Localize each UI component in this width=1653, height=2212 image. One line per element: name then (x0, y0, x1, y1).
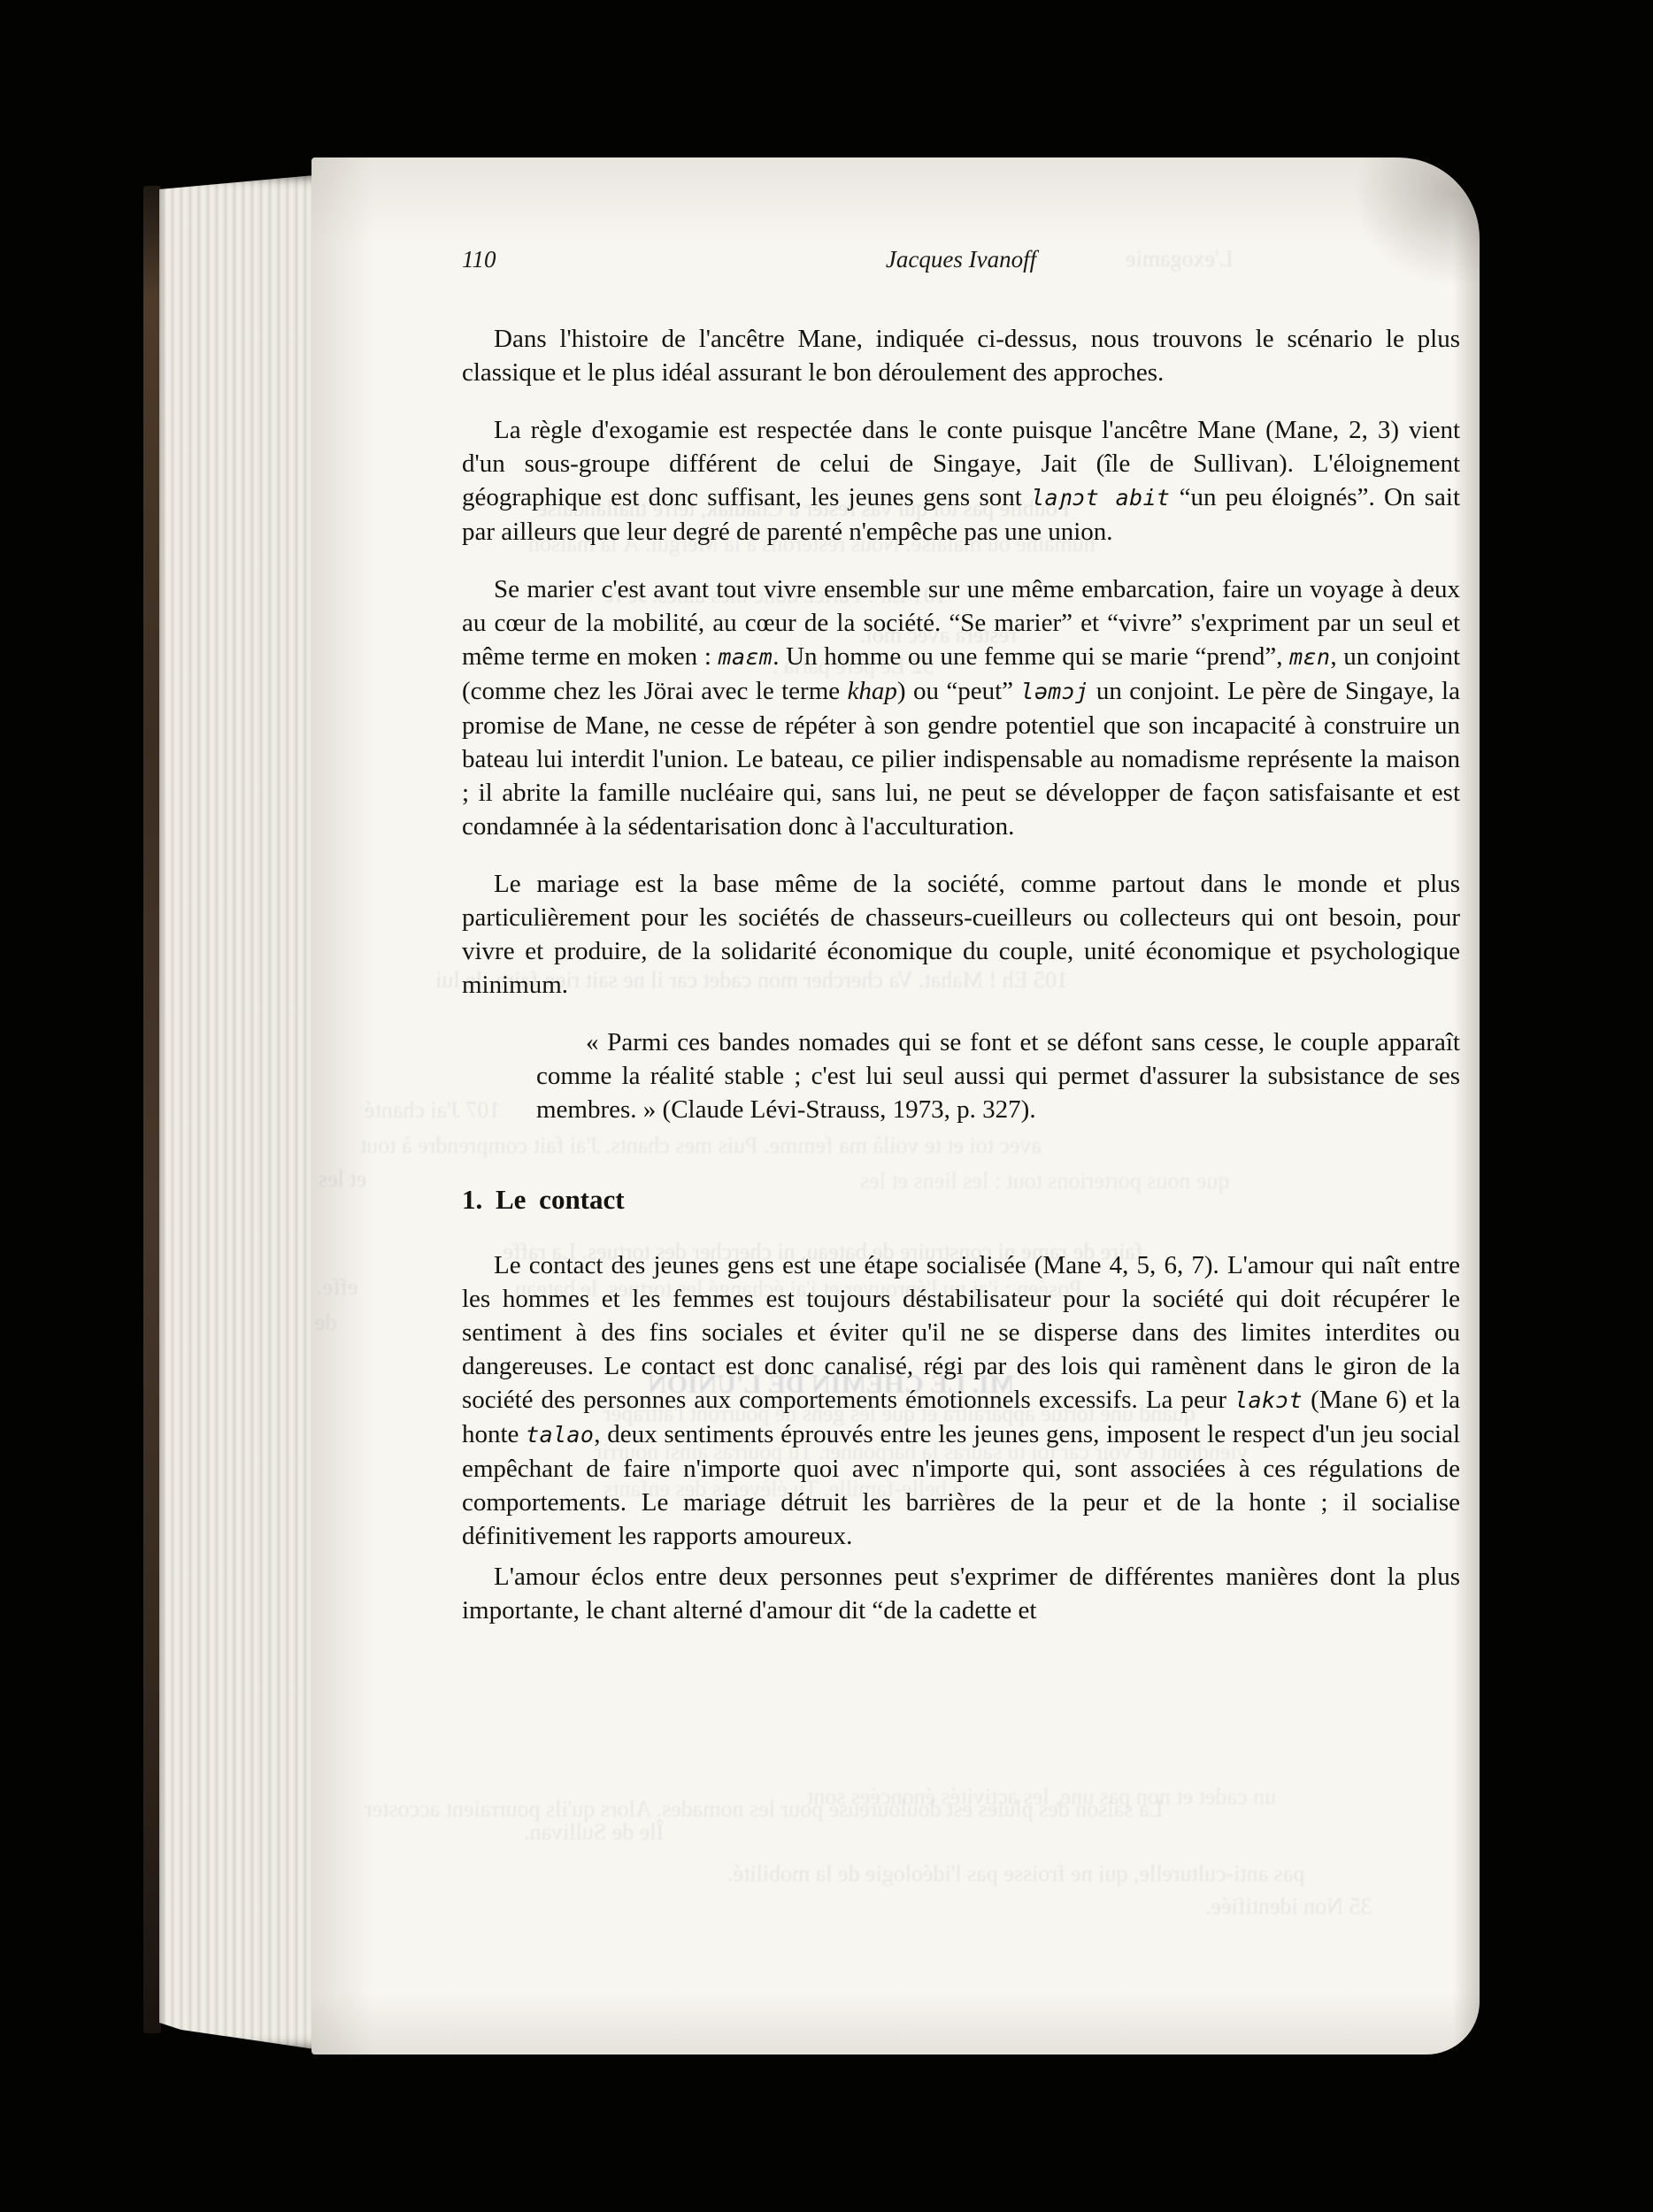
paragraph: Dans l'histoire de l'ancêtre Mane, indiq… (462, 322, 1460, 389)
bleedthrough-text: et les (319, 1166, 366, 1193)
running-head: Jacques Ivanoff (462, 246, 1460, 273)
text-column: Dans l'histoire de l'ancêtre Mane, indiq… (462, 322, 1460, 1627)
book-page: L'exogamieFoublie pas toi qui vas rester… (311, 157, 1480, 2055)
paragraph: « Parmi ces bandes nomades qui se font e… (536, 1025, 1460, 1126)
paragraph: L'amour éclos entre deux personnes peut … (462, 1560, 1460, 1627)
phonetic-term: lakɔt (1234, 1387, 1303, 1413)
page-stack-edges (159, 175, 315, 2051)
phonetic-term: talao (526, 1422, 594, 1448)
text-run: Le mariage est la base même de la sociét… (462, 870, 1460, 999)
bleedthrough-text: effe. (317, 1274, 358, 1301)
text-run: Dans l'histoire de l'ancêtre Mane, indiq… (462, 325, 1460, 387)
bleedthrough-text: pas anti-culturelle, qui ne froisse pas … (727, 1861, 1304, 1887)
text-run: « Parmi ces bandes nomades qui se font e… (536, 1028, 1460, 1124)
text-run: khap (848, 677, 897, 705)
text-run: . Un homme ou une femme qui se marie “pr… (773, 642, 1289, 671)
paragraph: Se marier c'est avant tout vivre ensembl… (462, 572, 1460, 843)
text-run: L'amour éclos entre deux personnes peut … (462, 1563, 1460, 1624)
phonetic-term: mɛn (1289, 644, 1330, 670)
phonetic-term: ləmɔj (1020, 679, 1088, 704)
text-run: 1. Le contact (462, 1184, 625, 1215)
paragraph: Le mariage est la base même de la sociét… (462, 867, 1460, 1002)
phonetic-term: maɛm (719, 644, 773, 670)
phonetic-term: laɲɔt abit (1031, 485, 1170, 511)
text-run: , deux sentiments éprouvés entre les jeu… (462, 1420, 1460, 1550)
page-header: 110 Jacques Ivanoff (462, 246, 1460, 278)
photo-of-book: L'exogamieFoublie pas toi qui vas rester… (0, 0, 1653, 2212)
page-number: 110 (462, 246, 496, 273)
section-heading: 1. Le contact (462, 1183, 1460, 1217)
bleedthrough-text: Île de Sullivan. (524, 1819, 664, 1846)
bleedthrough-text: 35 Non identifiée. (1205, 1893, 1372, 1920)
paragraph: Le contact des jeunes gens est une étape… (462, 1248, 1460, 1553)
text-run: ) ou “peut” (897, 677, 1021, 705)
book-spine (143, 186, 161, 2033)
bleedthrough-text: de (315, 1310, 337, 1336)
bleedthrough-text: La saison des pluies est douloureuse pou… (365, 1796, 1163, 1823)
paragraph: La règle d'exogamie est respectée dans l… (462, 413, 1460, 549)
